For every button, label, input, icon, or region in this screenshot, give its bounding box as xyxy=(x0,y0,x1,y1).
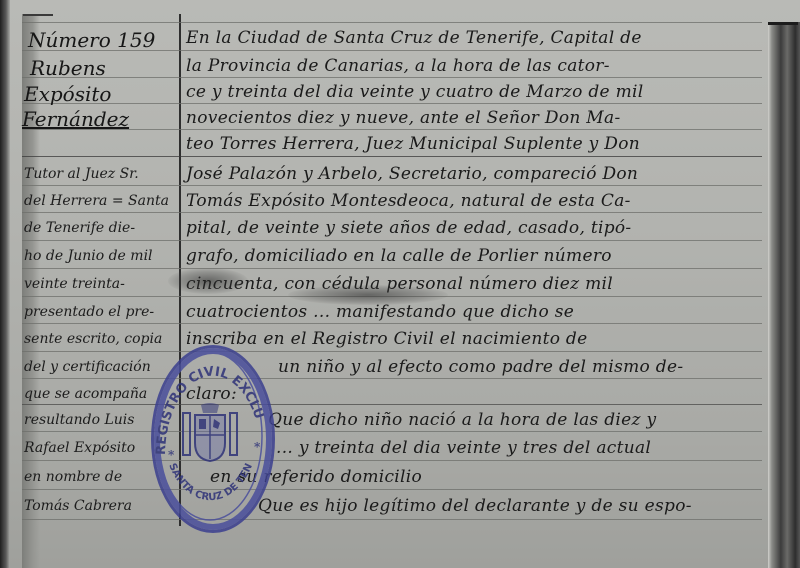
ink-smudge xyxy=(168,268,248,294)
body-line: Que dicho niño nació a la hora de las di… xyxy=(268,410,656,430)
spanish-coat-of-arms-icon xyxy=(184,406,242,468)
binding-cap xyxy=(768,22,798,25)
margin-name-line: Rubens xyxy=(30,56,106,80)
margin-note-line: Rafael Expósito xyxy=(24,440,135,456)
stamp-star-icon: * xyxy=(168,448,174,462)
body-line: la Provincia de Canarias, a la hora de l… xyxy=(186,56,610,76)
registry-stamp: REGISTRO CIVIL EXCLU SANTA CRUZ DE TENER… xyxy=(151,345,275,533)
ruled-line xyxy=(22,240,762,241)
body-line: cuatrocientos ... manifestando que dicho… xyxy=(186,302,574,322)
margin-note-line: del y certificación xyxy=(24,359,151,375)
ruled-line xyxy=(22,431,762,432)
ruled-line xyxy=(22,22,762,23)
margin-note-line: Tomás Cabrera xyxy=(24,498,132,514)
body-line: ... y treinta del dia veinte y tres del … xyxy=(276,438,651,458)
ruled-line xyxy=(22,404,762,405)
ruled-line xyxy=(22,212,762,213)
margin-name-line: Fernández xyxy=(22,107,129,131)
body-line: novecientos diez y nueve, ante el Señor … xyxy=(186,108,621,128)
body-line: En la Ciudad de Santa Cruz de Tenerife, … xyxy=(186,28,642,48)
body-line: Que es hijo legítimo del declarante y de… xyxy=(258,496,692,516)
ruled-line xyxy=(22,378,762,379)
document-page: Número 159 Rubens Expósito Fernández Tut… xyxy=(8,0,800,568)
ruled-line xyxy=(22,268,762,269)
margin-note-line: de Tenerife die- xyxy=(24,220,135,236)
margin-note-line: sente escrito, copia xyxy=(24,331,162,347)
body-line: pital, de veinte y siete años de edad, c… xyxy=(186,218,631,238)
body-line: ce y treinta del dia veinte y cuatro de … xyxy=(186,82,644,102)
margin-name-line: Expósito xyxy=(24,82,111,106)
ruled-line xyxy=(22,129,762,130)
margin-note-line: en nombre de xyxy=(24,469,122,485)
body-line: Tomás Expósito Montesdeoca, natural de e… xyxy=(186,191,631,211)
ruled-line xyxy=(22,460,762,461)
ruled-line xyxy=(22,77,762,78)
scan-left-edge xyxy=(0,0,10,568)
ruled-line xyxy=(22,103,762,104)
ruled-line xyxy=(22,351,762,352)
margin-note-line: que se acompaña xyxy=(24,386,147,402)
ruled-line xyxy=(22,519,762,520)
ink-smudge xyxy=(288,285,448,305)
body-line: grafo, domiciliado en la calle de Porlie… xyxy=(186,246,612,266)
margin-note-line: del Herrera = Santa xyxy=(24,193,169,209)
body-line: un niño y al efecto como padre del mismo… xyxy=(278,357,683,377)
margin-entry-number: Número 159 xyxy=(28,28,155,52)
top-rule xyxy=(23,14,53,16)
ruled-line xyxy=(22,185,762,186)
ruled-line xyxy=(22,156,762,157)
margin-note-line: Tutor al Juez Sr. xyxy=(24,166,139,182)
margin-note-line: resultando Luis xyxy=(24,412,134,428)
body-line: teo Torres Herrera, Juez Municipal Suple… xyxy=(186,134,640,154)
book-binding-edge xyxy=(768,22,800,568)
stamp-star-icon: * xyxy=(254,440,260,454)
margin-note-line: ho de Junio de mil xyxy=(24,248,153,264)
margin-note-line: veinte treinta- xyxy=(24,276,125,292)
ruled-line xyxy=(22,489,762,490)
body-line: José Palazón y Arbelo, Secretario, compa… xyxy=(186,164,638,184)
ruled-line xyxy=(22,323,762,324)
margin-note-line: presentado el pre- xyxy=(24,304,154,320)
